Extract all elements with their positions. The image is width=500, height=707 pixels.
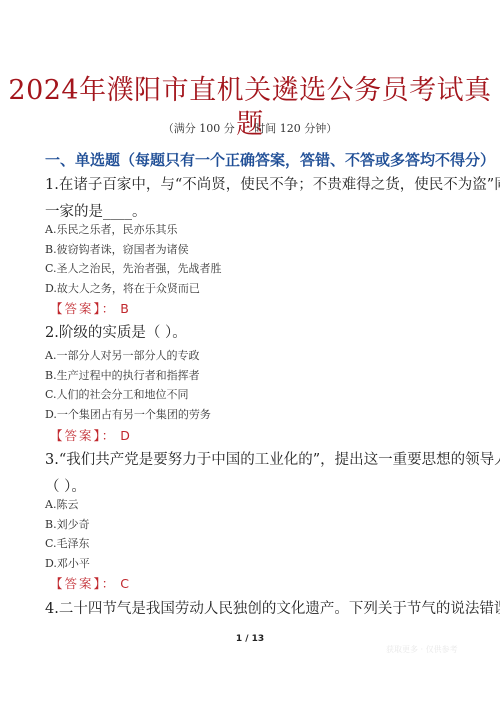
question-stem-line: （ ）。 [45, 474, 457, 501]
answer-value: D [120, 428, 130, 443]
question-2-stem: 2.阶级的实质是（ ）。 [45, 320, 457, 347]
option-c: C.毛泽东 [45, 536, 90, 552]
answer-value: B [120, 301, 129, 316]
answer-label: 【答案】： [50, 301, 116, 316]
section-heading: 一、单选题（每题只有一个正确答案，答错、不答或多答均不得分） [45, 150, 495, 170]
question-stem-line: 4.二十四节气是我国劳动人民独创的文化遗产。下列关于节气的说法错误的是 [45, 596, 457, 623]
question-1-stem: 1.在诸子百家中，与“不尚贤，使民不争；不贵难得之货，使民不为盗”同出 一家的是… [45, 172, 457, 226]
answer-label: 【答案】： [50, 576, 116, 591]
answer-3: 【答案】：C [50, 575, 129, 593]
option-a: A.一部分人对另一部分人的专政 [45, 348, 199, 364]
answer-value: C [120, 576, 129, 591]
option-a: A.陈云 [45, 497, 78, 513]
document-page: 2024年濮阳市直机关遴选公务员考试真题 （满分 100 分 时间 120 分钟… [0, 0, 500, 707]
answer-1: 【答案】：B [50, 300, 129, 318]
option-d: D.故大人之务，将在于众贤而已 [45, 281, 200, 297]
option-d: D.邓小平 [45, 556, 90, 572]
full-score: （满分 100 分 [163, 122, 235, 135]
exam-time: 时间 120 分钟） [254, 122, 337, 135]
page-indicator: 1 / 13 [0, 634, 500, 644]
answer-2: 【答案】：D [50, 427, 130, 445]
option-c: C.人们的社会分工和地位不同 [45, 387, 189, 403]
answer-label: 【答案】： [50, 428, 116, 443]
question-3-stem: 3.“我们共产党是要努力于中国的工业化的”，提出这一重要思想的领导人是 （ ）。 [45, 447, 457, 501]
option-b: B.生产过程中的执行者和指挥者 [45, 368, 200, 384]
option-d: D.一个集团占有另一个集团的劳务 [45, 407, 211, 423]
option-c: C.圣人之治民，先治者强，先战者胜 [45, 261, 222, 277]
question-stem-line: 3.“我们共产党是要努力于中国的工业化的”，提出这一重要思想的领导人是 [45, 447, 457, 474]
option-a: A.乐民之乐者，民亦乐其乐 [45, 222, 177, 238]
option-b: B.彼窃钩者诛，窃国者为诸侯 [45, 242, 189, 258]
option-b: B.刘少奇 [45, 517, 90, 533]
question-4-stem: 4.二十四节气是我国劳动人民独创的文化遗产。下列关于节气的说法错误的是 [45, 596, 457, 623]
watermark: 获取更多 · 仅供参考 [386, 644, 458, 655]
question-stem-line: 1.在诸子百家中，与“不尚贤，使民不争；不贵难得之货，使民不为盗”同出 [45, 172, 457, 199]
exam-info: （满分 100 分 时间 120 分钟） [0, 121, 500, 137]
question-stem-line: 2.阶级的实质是（ ）。 [45, 320, 457, 347]
